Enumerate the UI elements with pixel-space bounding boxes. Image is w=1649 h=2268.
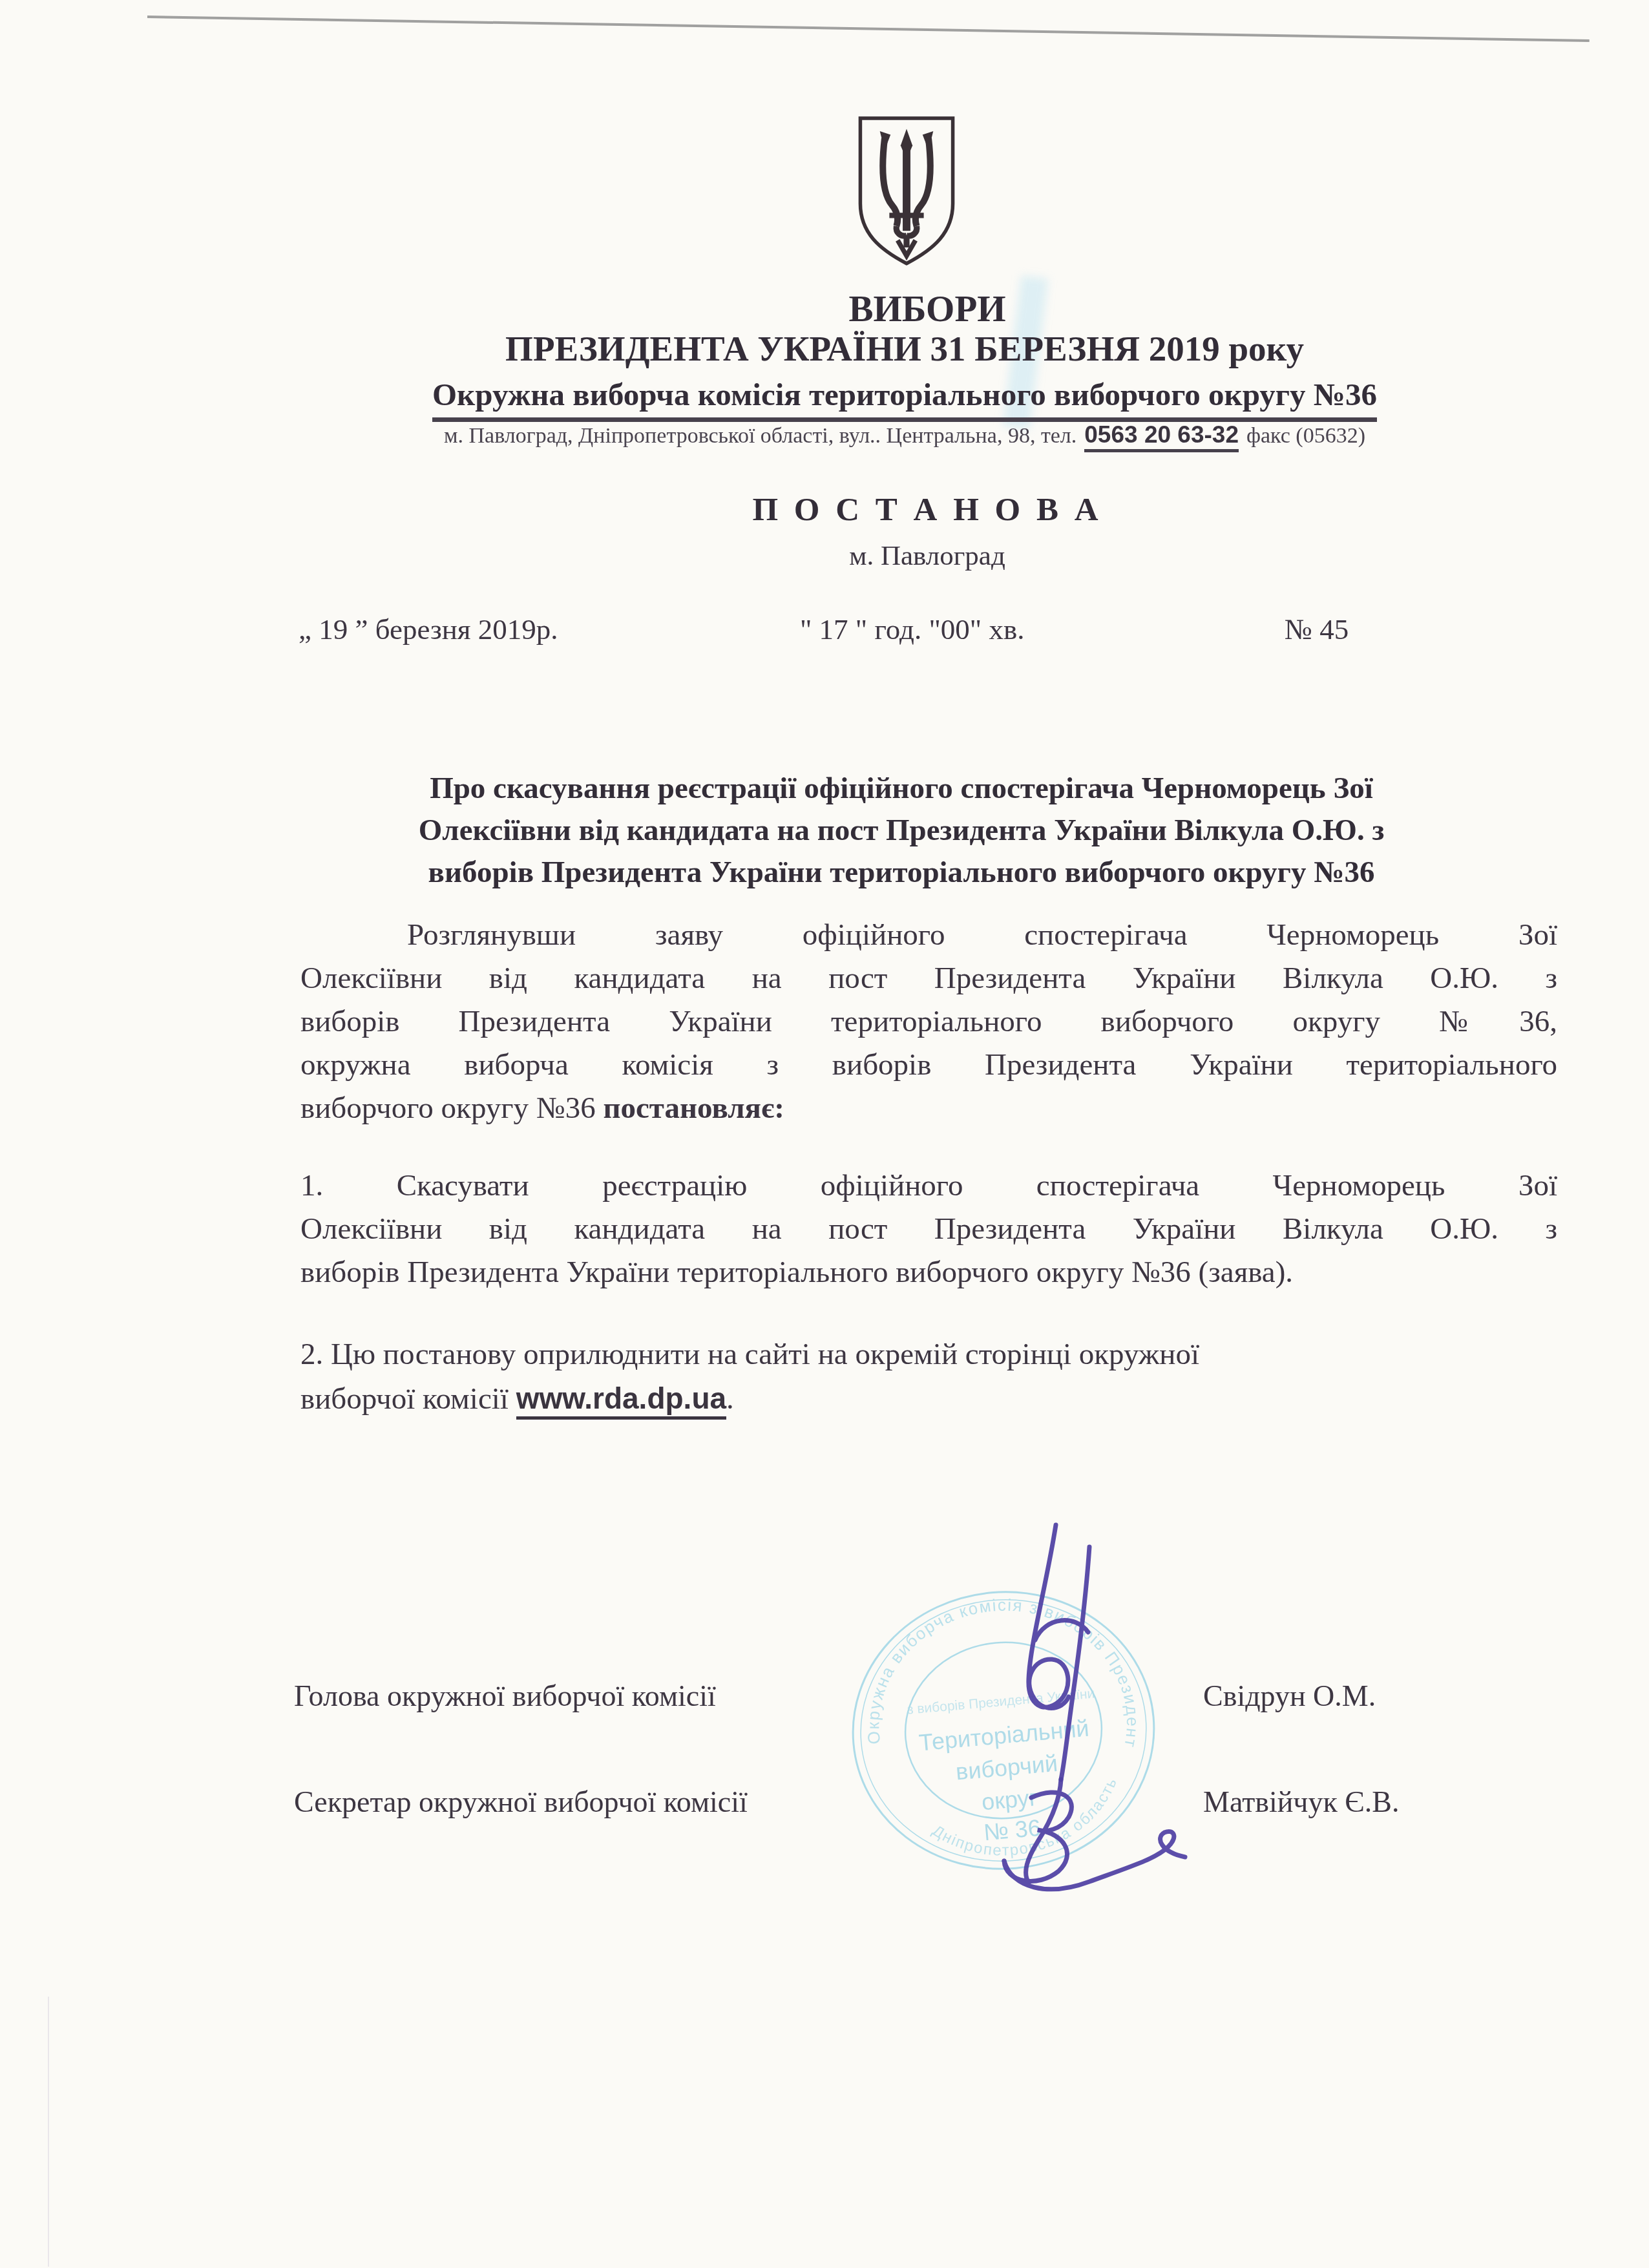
scan-crease-line bbox=[48, 1997, 49, 2267]
paragraph-line: Розглянувши заяву офіційного спостерігач… bbox=[300, 914, 1557, 957]
paragraph-text: . bbox=[726, 1382, 734, 1416]
paragraph-line: виборів Президента України територіально… bbox=[300, 1251, 1557, 1294]
resolution-city: м. Павлоград bbox=[297, 540, 1557, 572]
round-stamp: Окружна виборча комісія з виборів Презид… bbox=[808, 1506, 1166, 1885]
address-text: м. Павлоград, Дніпропетровської області,… bbox=[444, 424, 1077, 448]
document-title-line: Про скасування реєстрації офіційного спо… bbox=[271, 768, 1531, 810]
letterhead-title-elections: ВИБОРИ bbox=[297, 288, 1557, 330]
resolution-heading: П О С Т А Н О В А bbox=[297, 491, 1557, 529]
scan-edge-line bbox=[147, 16, 1590, 42]
fax-text: факс (05632) bbox=[1246, 424, 1365, 448]
commission-website-link[interactable]: www.rda.dp.ua bbox=[516, 1381, 726, 1420]
paragraph-text: виборчого округу №36 bbox=[300, 1091, 603, 1125]
item-2-paragraph: 2. Цю постанову оприлюднити на сайті на … bbox=[300, 1332, 1557, 1420]
signature-label-head: Голова окружної виборчої комісії bbox=[294, 1679, 716, 1713]
stamp-center-line4: № 36 bbox=[983, 1814, 1042, 1846]
signature-name-secretary: Матвійчук Є.В. bbox=[1203, 1785, 1399, 1819]
paragraph-line: виборчої комісії www.rda.dp.ua. bbox=[300, 1376, 1557, 1420]
letterhead-title-president: ПРЕЗИДЕНТА УКРАЇНИ 31 БЕРЕЗНЯ 2019 року bbox=[258, 328, 1551, 369]
document-title: Про скасування реєстрації офіційного спо… bbox=[271, 768, 1531, 894]
scanned-document-page: ВИБОРИ ПРЕЗИДЕНТА УКРАЇНИ 31 БЕРЕЗНЯ 201… bbox=[0, 0, 1649, 2268]
intro-paragraph: Розглянувши заяву офіційного спостерігач… bbox=[300, 914, 1557, 1130]
paragraph-line: 1. Скасувати реєстрацію офіційного спост… bbox=[300, 1164, 1557, 1208]
signature-name-head: Свідрун О.М. bbox=[1203, 1679, 1376, 1713]
item-1-paragraph: 1. Скасувати реєстрацію офіційного спост… bbox=[300, 1164, 1557, 1294]
paragraph-line: Олексіївни від кандидата на пост Президе… bbox=[300, 957, 1557, 1000]
letterhead-address-line: м. Павлоград, Дніпропетровської області,… bbox=[252, 421, 1557, 448]
commission-name-underlined: Окружна виборча комісія територіального … bbox=[432, 376, 1377, 422]
ukraine-trident-icon bbox=[856, 114, 957, 273]
resolution-time: " 17 " год. "00" хв. bbox=[800, 613, 1024, 646]
document-title-line: Олексіївни від кандидата на пост Президе… bbox=[271, 810, 1531, 852]
paragraph-line: 2. Цю постанову оприлюднити на сайті на … bbox=[300, 1332, 1557, 1376]
resolves-bold-word: постановляє: bbox=[603, 1091, 784, 1125]
stamp-center-line2: виборчий bbox=[954, 1750, 1058, 1785]
paragraph-line: виборів Президента України територіально… bbox=[300, 1000, 1557, 1044]
paragraph-line: окружна виборча комісія з виборів Презид… bbox=[300, 1044, 1557, 1087]
phone-number: 0563 20 63-32 bbox=[1084, 421, 1239, 452]
paragraph-text: виборчої комісії bbox=[300, 1382, 516, 1416]
stamp-and-signatures: Окружна виборча комісія з виборів Презид… bbox=[808, 1506, 1260, 1919]
document-title-line: виборів Президента України територіально… bbox=[271, 852, 1531, 894]
signature-label-secretary: Секретар окружної виборчої комісії bbox=[294, 1785, 748, 1819]
resolution-number: № 45 bbox=[1285, 613, 1349, 646]
paragraph-line: виборчого округу №36 постановляє: bbox=[300, 1087, 1557, 1130]
paragraph-line: Олексіївни від кандидата на пост Президе… bbox=[300, 1208, 1557, 1251]
stamp-center-line3: округ bbox=[980, 1784, 1038, 1815]
resolution-date: „ 19 ” березня 2019р. bbox=[299, 613, 558, 646]
letterhead-commission-line: Окружна виборча комісія територіального … bbox=[258, 376, 1551, 422]
